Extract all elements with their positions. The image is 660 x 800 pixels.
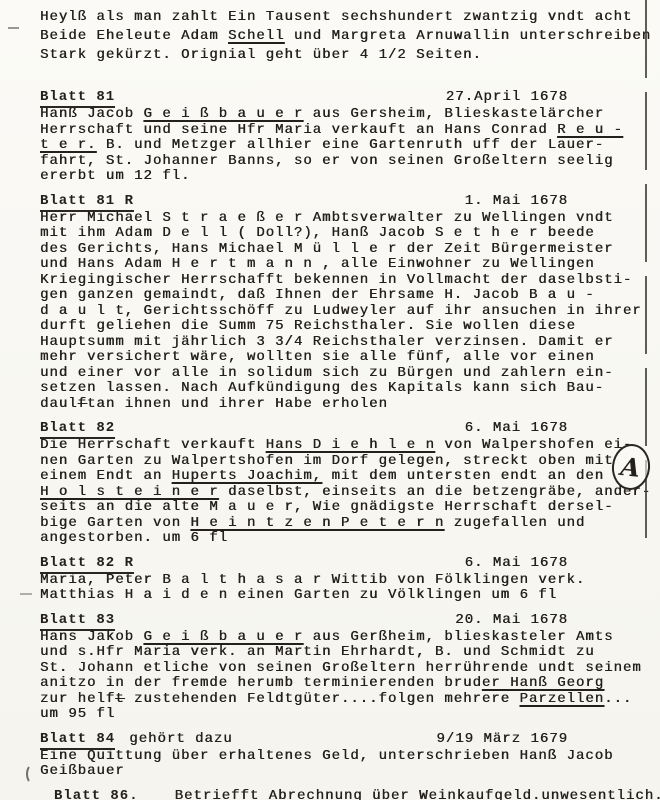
underlined-text: Parzellen (519, 691, 604, 707)
struck-text: t (115, 691, 124, 707)
text-line: gen ganzen gemaindt, daß Ihnen der Ehrsa… (40, 288, 640, 304)
entry-date: 1. Mai 1678 (465, 193, 568, 209)
underlined-text: er Hanß Georg (482, 675, 604, 691)
entry-date: 20. Mai 1678 (455, 612, 568, 628)
text-line: Herr Michael S t r a e ß e r Ambtsverwal… (40, 211, 640, 227)
intro-note: Heylß als man zahlt Ein Tausent sechshun… (40, 8, 640, 65)
intro-line: Stark gekürzt. Orignial geht über 4 1/2 … (40, 46, 640, 65)
text-line: Hauptsumm mit jährlich 3 3/4 Reichsthale… (40, 335, 640, 351)
blatt-label: Blatt 82 R (40, 555, 134, 574)
scan-artifact-dash (8, 27, 19, 29)
intro-line: Beide Eheleute Adam Schell und Margreta … (40, 27, 640, 46)
entry-extra-text: Betriefft Abrechnung über Weinkaufgeld.u… (175, 788, 660, 800)
text-line: mit ihm Adam D e l l ( Doll?), Hanß Jaco… (40, 226, 640, 242)
struck-text: f (78, 396, 87, 412)
text-line: durft geliehen die Summ 75 Reichsthaler.… (40, 319, 640, 335)
text-line: zur helft zustehenden Feldtgüter....folg… (40, 692, 640, 708)
underlined-text: H e i n t z e n P e t e r n (190, 515, 444, 531)
entry-date: 6. Mai 1678 (465, 420, 568, 436)
text-line: Kriegingischer Herrschafft bekennen in V… (40, 273, 640, 289)
text-line: um 95 fl (40, 707, 640, 723)
register-entries: Blatt 8127.April 1678Hanß Jacob G e i ß … (40, 89, 640, 800)
register-entry: Blatt 82 R6. Mai 1678Maria, Peter B a l … (40, 555, 640, 604)
text-line: und s.Hfr Maria verk. an Martin Ehrhardt… (40, 645, 640, 661)
text-line: anitzo in der fremde herumb terminierend… (40, 676, 640, 692)
scan-artifact-mark (26, 764, 39, 784)
text-line: t e r. B. und Metzger allhier eine Garte… (40, 138, 640, 154)
underlined-text: Huperts Joachim, (172, 468, 322, 484)
text-line: bige Garten von H e i n t z e n P e t e … (40, 516, 640, 532)
blatt-label: Blatt 81 (40, 89, 115, 108)
entry-extra-text: gehört dazu (129, 731, 232, 747)
text-line: Herrschaft und seine Hfr Maria verkauft … (40, 123, 640, 139)
entry-heading: Blatt 8127.April 1678 (40, 89, 640, 106)
register-entry: Blatt 86.Betriefft Abrechnung über Weink… (40, 788, 640, 800)
text-line: und Hans Adam H e r t m a n n , alle Ein… (40, 257, 640, 273)
register-entry: Blatt 84gehört dazu9/19 März 1679Eine Qu… (40, 731, 640, 780)
entry-date: 27.April 1678 (446, 89, 568, 105)
underlined-text: G e i ß b a u e r (143, 629, 303, 645)
text-line: Eine Quittung über erhaltenes Geld, unte… (40, 749, 640, 765)
entry-body: Die Herrschaft verkauft Hans D i e h l e… (40, 438, 640, 547)
underlined-text: Hans D i e h l e n (266, 437, 435, 453)
entry-heading: Blatt 8320. Mai 1678 (40, 612, 640, 629)
entry-heading: Blatt 86.Betriefft Abrechnung über Weink… (40, 788, 640, 800)
text-line: nen Garten zu Walpertshofen im Dorf gele… (40, 454, 640, 470)
text-line: des Gerichts, Hans Michael M ü l l e r d… (40, 242, 640, 258)
text-line: Hans Jakob G e i ß b a u e r aus Gerßhei… (40, 630, 640, 646)
text-line: Hanß Jacob G e i ß b a u e r aus Gershei… (40, 107, 640, 123)
text-line: Geißbauer (40, 764, 640, 780)
entry-heading: Blatt 826. Mai 1678 (40, 420, 640, 437)
circled-letter: A (619, 452, 642, 483)
text-line: mehr versichert wäre, wollten sie alle f… (40, 350, 640, 366)
text-line: Maria, Peter B a l t h a s a r Wittib vo… (40, 573, 640, 589)
register-entry: Blatt 826. Mai 1678Die Herrschaft verkau… (40, 420, 640, 547)
register-entry: Blatt 8127.April 1678Hanß Jacob G e i ß … (40, 89, 640, 185)
entry-heading: Blatt 82 R6. Mai 1678 (40, 555, 640, 572)
text-line: angestorben. um 6 fl (40, 531, 640, 547)
blatt-label: Blatt 83 (40, 612, 115, 631)
entry-body: Eine Quittung über erhaltenes Geld, unte… (40, 749, 640, 780)
entry-body: Herr Michael S t r a e ß e r Ambtsverwal… (40, 211, 640, 413)
scan-artifact-dash (20, 593, 32, 595)
text-line: seits an die alte M a u e r, Wie gnädigs… (40, 500, 640, 516)
register-entry: Blatt 81 R1. Mai 1678Herr Michael S t r … (40, 193, 640, 413)
register-entry: Blatt 8320. Mai 1678Hans Jakob G e i ß b… (40, 612, 640, 723)
blatt-label: Blatt 81 R (40, 193, 134, 212)
text-line: ererbt um 12 fl. (40, 169, 640, 185)
text-line: einem Endt an Huperts Joachim, mit dem u… (40, 469, 640, 485)
entry-body: Maria, Peter B a l t h a s a r Wittib vo… (40, 573, 640, 604)
text-line: daulftan ihnen und ihrer Habe erholen (40, 397, 640, 413)
text-line: setzen lassen. Nach Aufkündigung des Kap… (40, 381, 640, 397)
underlined-text: G e i ß b a u e r (143, 106, 303, 122)
entry-date: 9/19 März 1679 (436, 731, 568, 747)
underlined-text: Schell (228, 28, 284, 44)
text-line: und einer vor alle in solidum sich zu Bü… (40, 366, 640, 382)
entry-date: 6. Mai 1678 (465, 555, 568, 571)
text-line: d a u l t, Gerichtsschöff zu Ludweyler a… (40, 304, 640, 320)
underlined-text: t e r. (40, 137, 96, 153)
blatt-label: Blatt 82 (40, 420, 115, 439)
entry-heading: Blatt 81 R1. Mai 1678 (40, 193, 640, 210)
text-line: St. Johann etliche von seinen Großeltern… (40, 661, 640, 677)
blatt-label: Blatt 86. (54, 788, 139, 800)
entry-body: Hans Jakob G e i ß b a u e r aus Gerßhei… (40, 630, 640, 723)
intro-line: Heylß als man zahlt Ein Tausent sechshun… (40, 8, 640, 27)
text-line: Matthias H a i d e n einen Garten zu Völ… (40, 588, 640, 604)
entry-body: Hanß Jacob G e i ß b a u e r aus Gershei… (40, 107, 640, 185)
text-line: H o l s t e i n e r daselbst, einseits a… (40, 485, 640, 501)
underlined-text: H o l s t e i n e r (40, 484, 219, 500)
text-line: fahrt, St. Johanner Banns, so er von sei… (40, 154, 640, 170)
entry-heading: Blatt 84gehört dazu9/19 März 1679 (40, 731, 640, 748)
blatt-label: Blatt 84 (40, 731, 115, 750)
text-line: Die Herrschaft verkauft Hans D i e h l e… (40, 438, 640, 454)
scanned-document-page: Heylß als man zahlt Ein Tausent sechshun… (0, 0, 660, 800)
underlined-text: R e u - (557, 122, 623, 138)
